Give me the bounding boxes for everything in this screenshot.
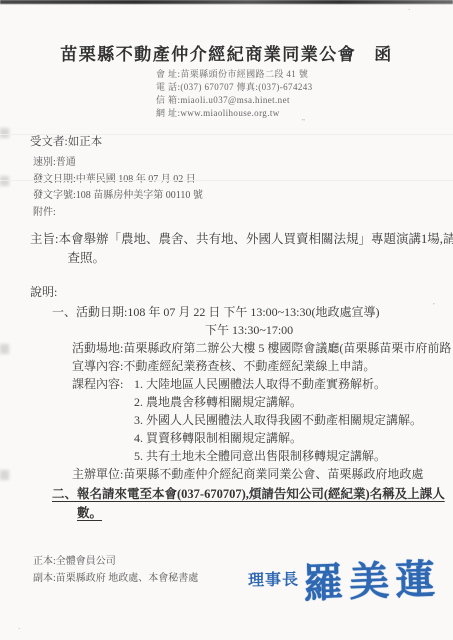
subject-line: 主旨:本會舉辦「農地、農舍、共有地、外國人買賣相關法規」專題演講1場,請 查照。 xyxy=(30,230,453,268)
course-item-2: 2. 農地農舍移轉相關規定講解。 xyxy=(134,393,434,411)
activity-date-line: 一、活動日期:108 年 07 月 22 日 下午 13:00~13:30(地政… xyxy=(52,303,453,321)
scan-speck: , xyxy=(433,298,435,306)
org-address: 會 址:苗栗縣頭份市經國路二段 41 號 xyxy=(156,68,453,81)
course-label: 課程內容: xyxy=(72,375,134,465)
org-phone: 電 話:(037) 670707 傳真:(037)-674243 xyxy=(156,81,453,94)
course-list: 1. 大陸地區人民團體法人取得不動產實務解析。 2. 農地農舍移轉相關規定講解。… xyxy=(134,375,434,465)
chairman-name: 羅美蓮 xyxy=(302,548,442,610)
scan-edge-artifact xyxy=(0,0,453,4)
scan-smudge xyxy=(0,128,9,138)
chairman-title: 理事長 xyxy=(248,567,299,591)
explanation-item-1: 一、活動日期:108 年 07 月 22 日 下午 13:00~13:30(地政… xyxy=(52,303,453,483)
course-item-5: 5. 共有土地未全體同意出售限制移轉規定講解。 xyxy=(134,447,434,465)
scan-smudge xyxy=(0,176,9,186)
attachment-line: 附件: xyxy=(33,205,453,222)
org-contact-block: 會 址:苗栗縣頭份市經國路二段 41 號 電 話:(037) 670707 傳真… xyxy=(156,68,453,120)
organizer-line: 主辦單位:苗栗縣不動產仲介經紀商業同業公會、苗栗縣政府地政處 xyxy=(72,465,453,483)
chairman-signature: 理事長 羅美蓮 xyxy=(248,550,441,607)
course-item-4: 4. 買賣移轉限制相關規定講解。 xyxy=(134,429,434,447)
promo-content-line: 宣導內容:不動產經紀業務查核、不動產經紀業線上申請。 xyxy=(72,357,453,375)
org-email: 信 箱:miaoli.u037@msa.hinet.net xyxy=(156,94,453,107)
scan-smudge xyxy=(0,470,9,480)
speed-line: 速別:普通 xyxy=(33,155,453,172)
scan-speck: " xyxy=(302,118,305,126)
scan-speck: · xyxy=(18,625,20,633)
scanned-letter-page: · " , · 苗栗縣不動產仲介經紀商業同業公會函 會 址:苗栗縣頭份市經國路二… xyxy=(0,0,453,640)
explanation-label: 說明: xyxy=(30,283,453,300)
recipient-line: 受文者:如正本 xyxy=(30,133,453,149)
ref-number-line: 發文字號:108 苗縣房仲美字第 00110 號 xyxy=(33,188,453,205)
course-item-1: 1. 大陸地區人民團體法人取得不動產實務解析。 xyxy=(134,375,434,393)
scan-speck: · xyxy=(408,6,410,14)
course-item-3: 3. 外國人人民團體法人取得我國不動產相關規定講解。 xyxy=(134,411,434,429)
org-name: 苗栗縣不動產仲介經紀商業同業公會 xyxy=(60,45,356,64)
venue-line: 活動場地:苗栗縣政府第二辦公大樓 5 樓國際會議廳(苗栗縣苗栗市府前路 1 號) xyxy=(72,339,453,357)
scan-line-artifact xyxy=(0,180,453,181)
document-title: 苗栗縣不動產仲介經紀商業同業公會函 xyxy=(0,40,453,65)
course-content-block: 課程內容: 1. 大陸地區人民團體法人取得不動產實務解析。 2. 農地農舍移轉相… xyxy=(72,375,453,465)
scan-line-artifact xyxy=(0,134,453,135)
meta-block: 速別:普通 發文日期:中華民國 108 年 07 月 02 日 發文字號:108… xyxy=(33,155,453,221)
scan-smudge xyxy=(0,344,9,354)
explanation-item-2: 二、報名請來電至本會(037-670707),煩請告知公司(經紀業)名稱及上課人… xyxy=(52,485,453,523)
doc-type-label: 函 xyxy=(374,45,393,64)
activity-time-line2: 下午 13:30~17:00 xyxy=(205,321,453,339)
